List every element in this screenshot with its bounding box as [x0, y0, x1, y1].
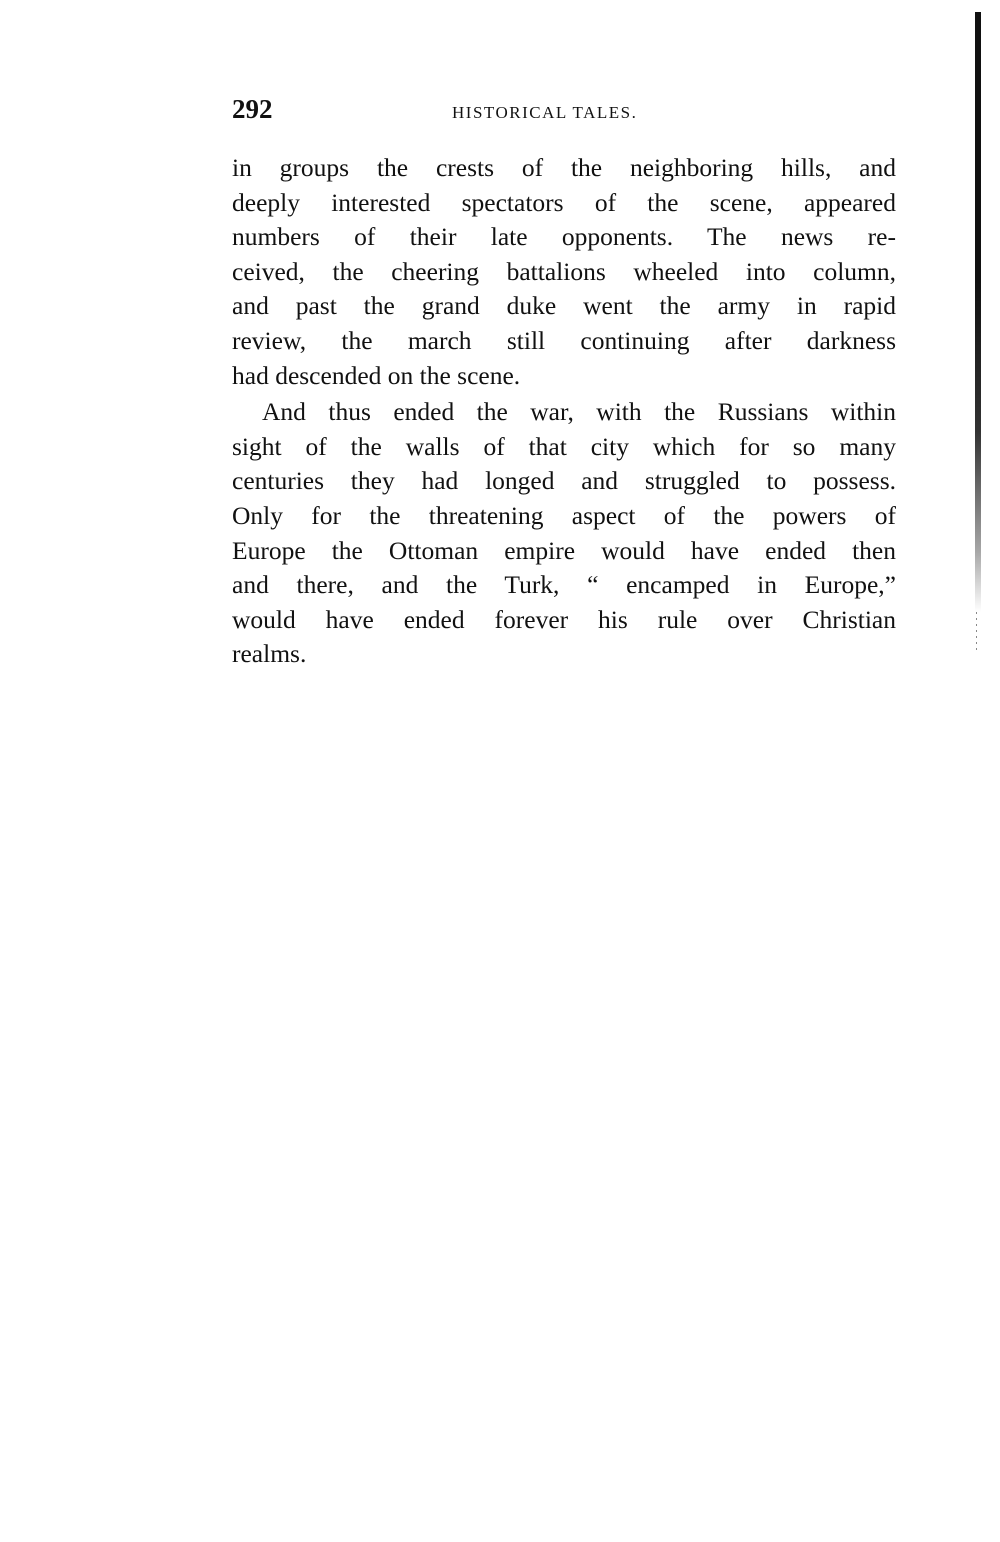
text-line: And thus ended the war, with the Russian… — [232, 395, 896, 430]
text-line: review, the march still continuing after… — [232, 324, 896, 359]
text-line: numbers of their late opponents. The new… — [232, 220, 896, 255]
text-line: ceived, the cheering battalions wheeled … — [232, 255, 896, 290]
text-line: and there, and the Turk, “ encamped in E… — [232, 568, 896, 603]
running-head: 292 HISTORICAL TALES. — [232, 94, 896, 124]
text-line: sight of the walls of that city which fo… — [232, 430, 896, 465]
text-line: realms. — [232, 637, 896, 672]
running-title: HISTORICAL TALES. — [452, 103, 637, 123]
text-line: would have ended forever his rule over C… — [232, 603, 896, 638]
page-edge-shadow — [975, 12, 981, 612]
text-line: centuries they had longed and struggled … — [232, 464, 896, 499]
body-text: in groups the crests of the neighboring … — [232, 151, 896, 672]
text-line: and past the grand duke went the army in… — [232, 289, 896, 324]
text-line: Only for the threatening aspect of the p… — [232, 499, 896, 534]
text-line: had descended on the scene. — [232, 359, 896, 394]
page-number: 292 — [232, 94, 273, 125]
paragraph-1: in groups the crests of the neighboring … — [232, 151, 896, 393]
text-line: Europe the Ottoman empire would have end… — [232, 534, 896, 569]
paragraph-2: And thus ended the war, with the Russian… — [232, 395, 896, 672]
text-line: deeply interested spectators of the scen… — [232, 186, 896, 221]
text-line: in groups the crests of the neighboring … — [232, 151, 896, 186]
